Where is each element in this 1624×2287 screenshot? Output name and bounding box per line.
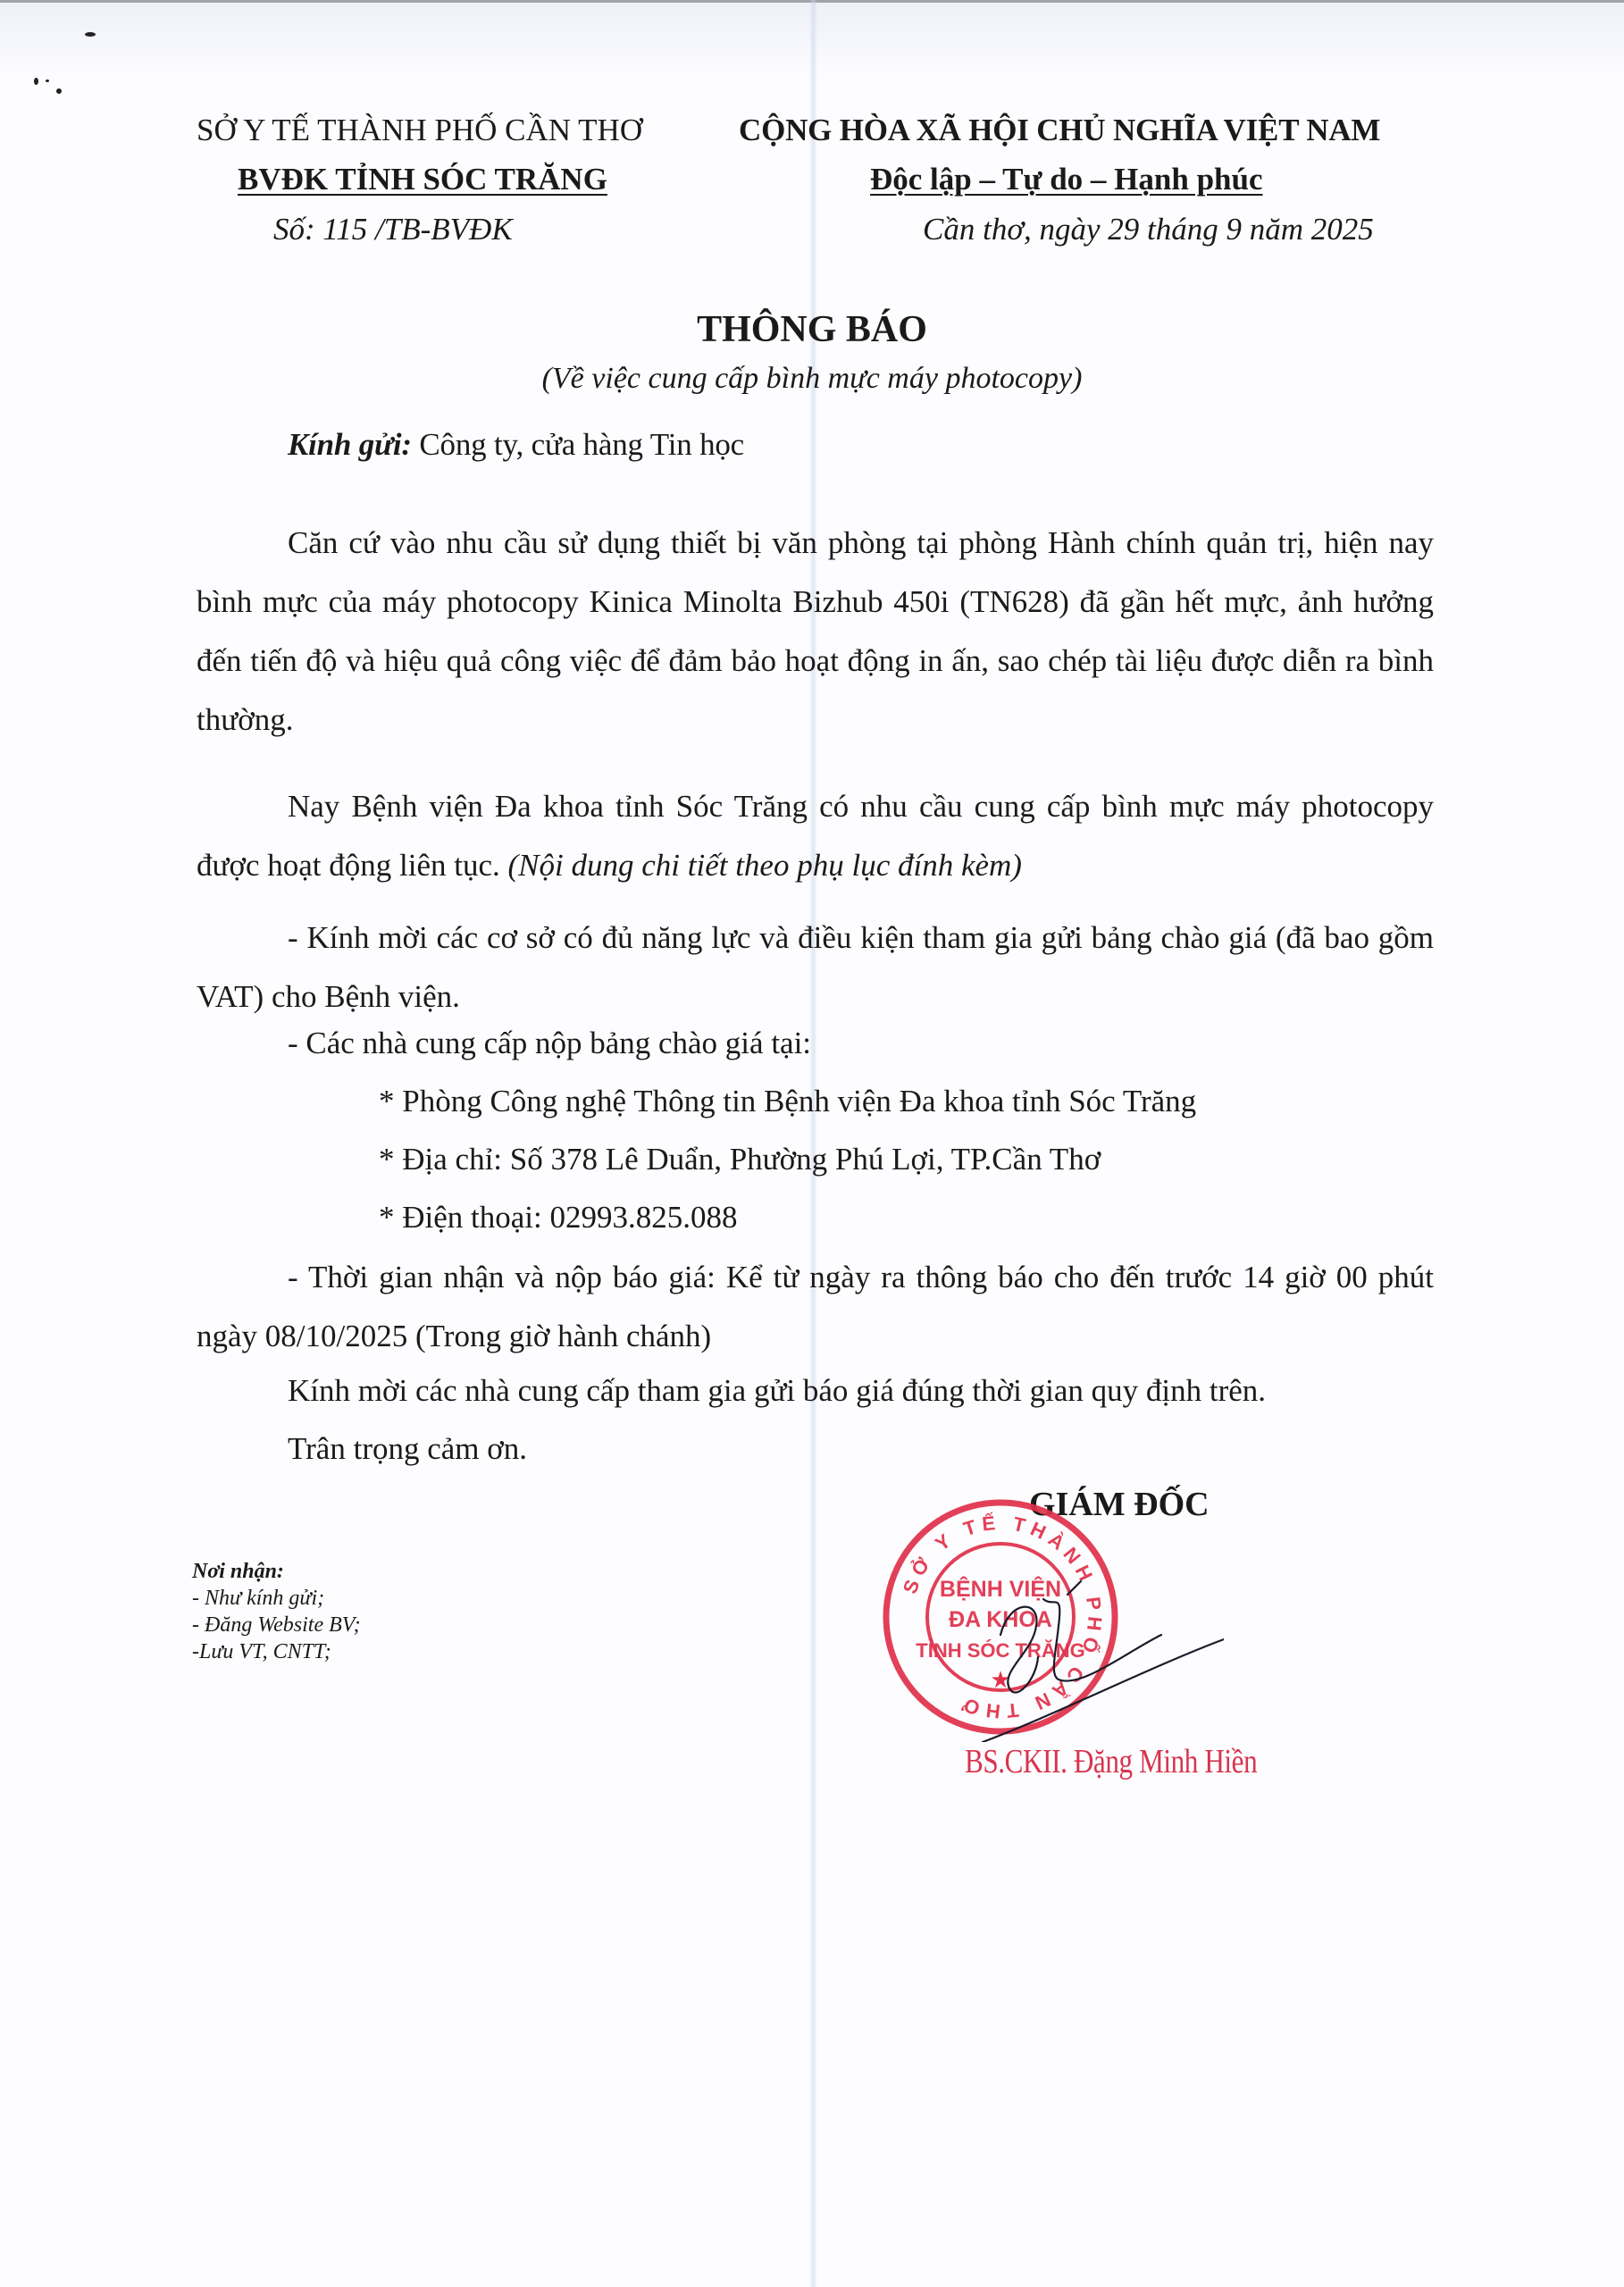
handwritten-signature bbox=[974, 1572, 1224, 1742]
document-number: Số: 115 /TB-BVĐK bbox=[273, 212, 513, 247]
signer-name: BS.CKII. Đặng Minh Hiền bbox=[965, 1742, 1257, 1781]
submit-item-phone: * Điện thoại: 02993.825.088 bbox=[379, 1200, 738, 1236]
scan-speck bbox=[56, 88, 62, 94]
motto-text: Độc lập – Tự do – Hạnh phúc bbox=[870, 162, 1263, 197]
header-hospital: BVĐK TỈNH SÓC TRĂNG bbox=[238, 162, 607, 197]
paragraph-thanks: Trân trọng cảm ơn. bbox=[288, 1431, 527, 1467]
scan-speck bbox=[34, 78, 38, 85]
header-motto: Độc lập – Tự do – Hạnh phúc bbox=[870, 162, 1263, 197]
paragraph-submit-location: - Các nhà cung cấp nộp bảng chào giá tại… bbox=[288, 1026, 811, 1061]
place-date: Cần thơ, ngày 29 tháng 9 năm 2025 bbox=[923, 212, 1374, 247]
paragraph-reason: Căn cứ vào nhu cầu sử dụng thiết bị văn … bbox=[197, 514, 1434, 750]
recipient-item: - Đăng Website BV; bbox=[192, 1612, 361, 1638]
submit-item-address: * Địa chỉ: Số 378 Lê Duẩn, Phường Phú Lợ… bbox=[379, 1142, 1101, 1177]
recipients-label: Nơi nhận: bbox=[192, 1558, 361, 1585]
greeting-value: Công ty, cửa hàng Tin học bbox=[419, 427, 744, 462]
document-page: SỞ Y TẾ THÀNH PHỐ CẦN THƠ BVĐK TỈNH SÓC … bbox=[0, 0, 1624, 2287]
appendix-note: (Nội dung chi tiết theo phụ lục đính kèm… bbox=[508, 848, 1022, 883]
header-ministry: SỞ Y TẾ THÀNH PHỐ CẦN THƠ bbox=[197, 113, 642, 148]
scan-speck bbox=[85, 32, 96, 37]
scan-speck bbox=[46, 80, 49, 82]
greeting-label: Kính gửi: bbox=[288, 427, 412, 462]
submit-item-department: * Phòng Công nghệ Thông tin Bệnh viện Đa… bbox=[379, 1084, 1196, 1119]
recipients-block: Nơi nhận: - Như kính gửi; - Đăng Website… bbox=[192, 1558, 361, 1665]
header-nation: CỘNG HÒA XÃ HỘI CHỦ NGHĨA VIỆT NAM bbox=[739, 113, 1380, 148]
document-title: THÔNG BÁO bbox=[0, 308, 1624, 351]
paragraph-deadline: - Thời gian nhận và nộp báo giá: Kể từ n… bbox=[197, 1248, 1434, 1366]
hospital-name: BVĐK TỈNH SÓC TRĂNG bbox=[238, 162, 607, 197]
recipient-item: -Lưu VT, CNTT; bbox=[192, 1638, 361, 1665]
document-subtitle: (Về việc cung cấp bình mực máy photocopy… bbox=[0, 362, 1624, 396]
recipient-item: - Như kính gửi; bbox=[192, 1585, 361, 1612]
paragraph-invitation: - Kính mời các cơ sở có đủ năng lực và đ… bbox=[197, 909, 1434, 1026]
paragraph-request: Nay Bệnh viện Đa khoa tỉnh Sóc Trăng có … bbox=[197, 777, 1434, 895]
paragraph-closing: Kính mời các nhà cung cấp tham gia gửi b… bbox=[288, 1373, 1266, 1409]
greeting: Kính gửi: Công ty, cửa hàng Tin học bbox=[288, 427, 744, 463]
